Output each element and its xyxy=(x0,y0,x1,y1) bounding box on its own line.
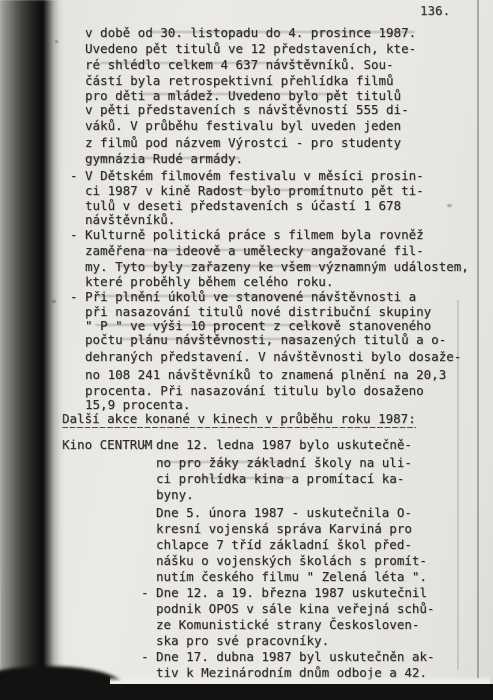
text-line: - Dne 12. a 19. března 1987 uskutečnil xyxy=(141,586,427,599)
text-line: procenta. Při nasazování titulu bylo dos… xyxy=(85,384,424,397)
paper-crease xyxy=(477,0,479,678)
text-line: no 108 241 návštěvníků to znamená plnění… xyxy=(85,368,446,381)
scan-bottom-edge xyxy=(0,684,493,700)
section-heading: Další akce konané v kinech v průběhu rok… xyxy=(62,412,416,428)
text-line: návštěvníků. xyxy=(85,213,175,226)
text-line: - dne 12. ledna 1987 bylo uskutečně- xyxy=(141,438,412,451)
text-line: tulů v deseti představeních s účastí 1 6… xyxy=(85,199,401,212)
text-line: - V Dětském filmovém festivalu v měsíci … xyxy=(70,169,424,182)
text-line: Dne 5. února 1987 - uskutečnila O- xyxy=(156,506,412,519)
text-line: dehraných představení. V návštěvnosti by… xyxy=(85,350,461,363)
text-line: nášku o vojenských školách s promít- xyxy=(156,554,427,567)
text-line: 15,9 procenta. xyxy=(85,398,190,411)
paper-crease xyxy=(457,300,459,670)
text-line: pro děti a mládež. Uvedeno bylo pět titu… xyxy=(85,89,401,102)
text-line: Kino CENTRUM xyxy=(62,438,152,451)
text-line: které proběhly během celého roku. xyxy=(85,275,333,288)
text-line: ska pro své pracovníky. xyxy=(156,634,329,647)
text-line: při nasazování titulů nové distribuční s… xyxy=(85,305,431,318)
text-line: váků. V průběhu festivalu byl uveden jed… xyxy=(85,119,401,132)
text-line: nutím českého filmu " Zelená léta ". xyxy=(156,570,427,583)
text-line: ré shlédlo celkem 4 637 návštěvníků. Sou… xyxy=(85,58,394,71)
text-line: ze Komunistické strany Českosloven- xyxy=(156,618,419,631)
text-line: Uvedeno pět titulů ve 12 představeních, … xyxy=(85,42,416,55)
book-gutter-shadow xyxy=(0,0,64,700)
text-line: z filmů pod názvem Výrostci - pro studen… xyxy=(85,136,401,149)
text-line: chlapce 7 tříd základní škol před- xyxy=(156,538,412,551)
text-line: - Kulturně politická práce s filmem byla… xyxy=(70,228,424,241)
scanned-document-page: 136. v době od 30. listopadu do 4. prosi… xyxy=(0,0,493,700)
text-line: částí byla retrospektivní přehlídka film… xyxy=(85,74,394,87)
text-line: v pěti představeních s návštěvností 555 … xyxy=(85,103,409,116)
text-line: - Dne 17. dubna 1987 byl uskutečněn ak- xyxy=(141,650,435,663)
page-number: 136. xyxy=(420,3,450,18)
text-line: podnik OPOS v sále kina veřejná schů- xyxy=(156,602,434,615)
text-line: byny. xyxy=(156,488,194,501)
text-line: kresní vojenská správa Karviná pro xyxy=(156,522,412,535)
paper-edge-highlight xyxy=(110,676,490,684)
